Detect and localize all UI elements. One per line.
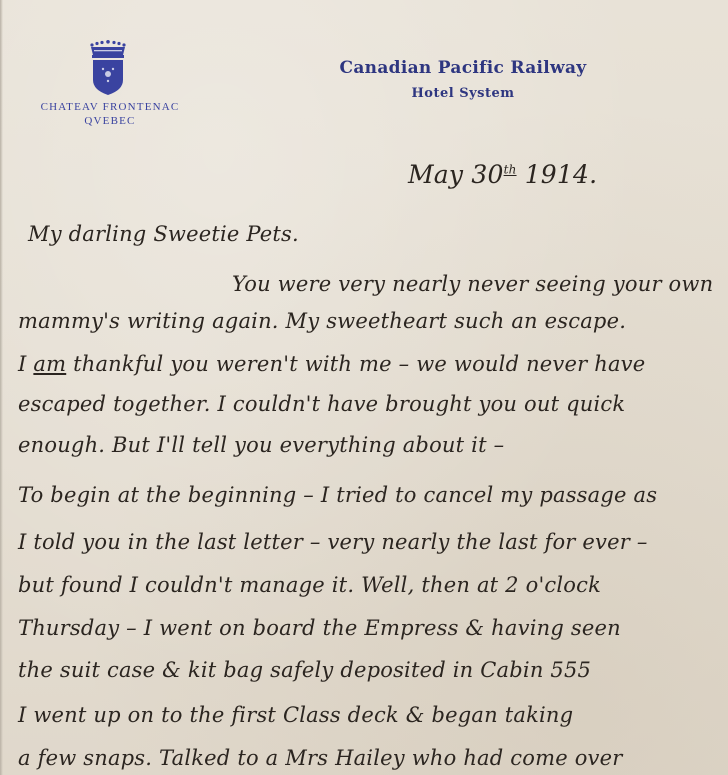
letter-date: May 30th 1914. <box>408 160 597 189</box>
body-line: I am thankful you weren't with me – we w… <box>18 352 645 376</box>
body-line-pre: I <box>18 352 33 376</box>
body-line: I went up on to the first Class deck & b… <box>18 703 573 727</box>
body-line: To begin at the beginning – I tried to c… <box>18 483 657 507</box>
body-line: but found I couldn't manage it. Well, th… <box>18 573 601 597</box>
company-subtitle: Hotel System <box>328 86 598 101</box>
body-line-rest: thankful you weren't with me – we would … <box>66 352 645 376</box>
paper-edge <box>0 0 3 775</box>
hotel-city: QVEBEC <box>40 115 180 127</box>
body-line: mammy's writing again. My sweetheart suc… <box>18 309 626 333</box>
company-name: Canadian Pacific Railway <box>328 58 598 78</box>
body-line: enough. But I'll tell you everything abo… <box>18 433 504 457</box>
crowned-shield-crest-icon <box>88 40 128 96</box>
date-ordinal: th <box>504 163 517 177</box>
body-line: escaped together. I couldn't have brough… <box>18 392 625 416</box>
date-year: 1914. <box>525 160 598 189</box>
hotel-name: CHATEAV FRONTENAC <box>40 101 180 113</box>
salutation: My darling Sweetie Pets. <box>28 222 299 246</box>
body-line: I told you in the last letter – very nea… <box>18 530 648 554</box>
body-line: the suit case & kit bag safely deposited… <box>18 658 591 682</box>
date-month-day: May 30 <box>408 160 504 189</box>
body-line: a few snaps. Talked to a Mrs Hailey who … <box>18 746 622 770</box>
body-line: You were very nearly never seeing your o… <box>232 272 713 296</box>
body-line: Thursday – I went on board the Empress &… <box>18 616 621 640</box>
underlined-word: am <box>33 352 66 376</box>
